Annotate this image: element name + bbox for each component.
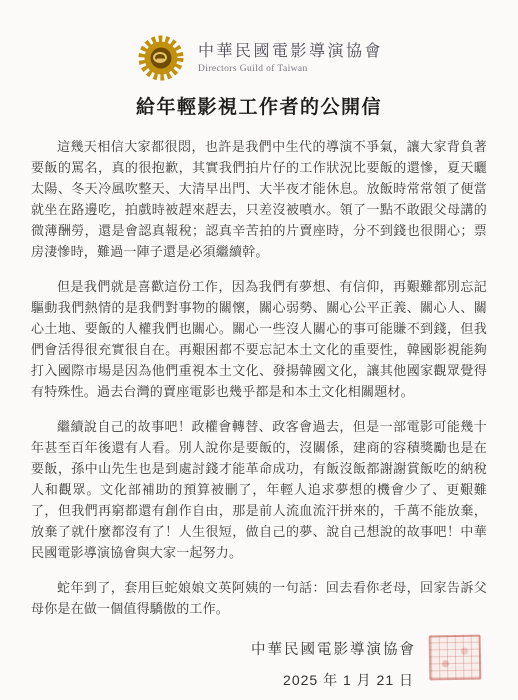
letter-footer: 中華民國電影導演協會 2025 年 1 月 21 日 [31,639,487,690]
org-name-english: Directors Guild of Taiwan [198,64,308,74]
letter-body: 這幾天相信大家都很悶，也許是我們中生代的導演不爭氣，讓大家背負著要飯的罵名，真的… [31,136,487,619]
signature-block: 中華民國電影導演協會 2025 年 1 月 21 日 [251,639,416,690]
org-name-chinese: 中華民國電影導演協會 [198,42,383,61]
red-seal-stamp-icon [429,635,482,681]
paragraph-passion-local-culture: 但是我們就是喜歡這份工作，因為我們有夢想、有信仰，再艱難都別忘記驅動我們熱情的是… [31,276,487,402]
paragraph-keep-telling-stories: 繼續說自己的故事吧！政權會轉替、政客會過去，但是一部電影可能幾十年甚至百年後還有… [31,416,487,563]
paragraph-work-conditions: 這幾天相信大家都很悶，也許是我們中生代的導演不爭氣，讓大家背負著要飯的罵名，真的… [31,136,487,262]
guild-logo-gear-icon [135,34,187,82]
paragraph-year-of-snake: 蛇年到了，套用巨蛇娘娘文英阿姨的一句話：回去看你老母，回家告訴父母你是在做一個值… [31,577,487,619]
letter-header: 中華民國電影導演協會 Directors Guild of Taiwan 給年輕… [31,34,487,119]
open-letter-document: 中華民國電影導演協會 Directors Guild of Taiwan 給年輕… [0,0,518,700]
letter-title: 給年輕影視工作者的公開信 [31,92,487,119]
letter-date: 2025 年 1 月 21 日 [283,670,416,690]
org-names: 中華民國電影導演協會 Directors Guild of Taiwan [198,42,383,74]
org-identity-row: 中華民國電影導演協會 Directors Guild of Taiwan [31,34,487,82]
signature-org-name: 中華民國電影導演協會 [251,639,416,661]
